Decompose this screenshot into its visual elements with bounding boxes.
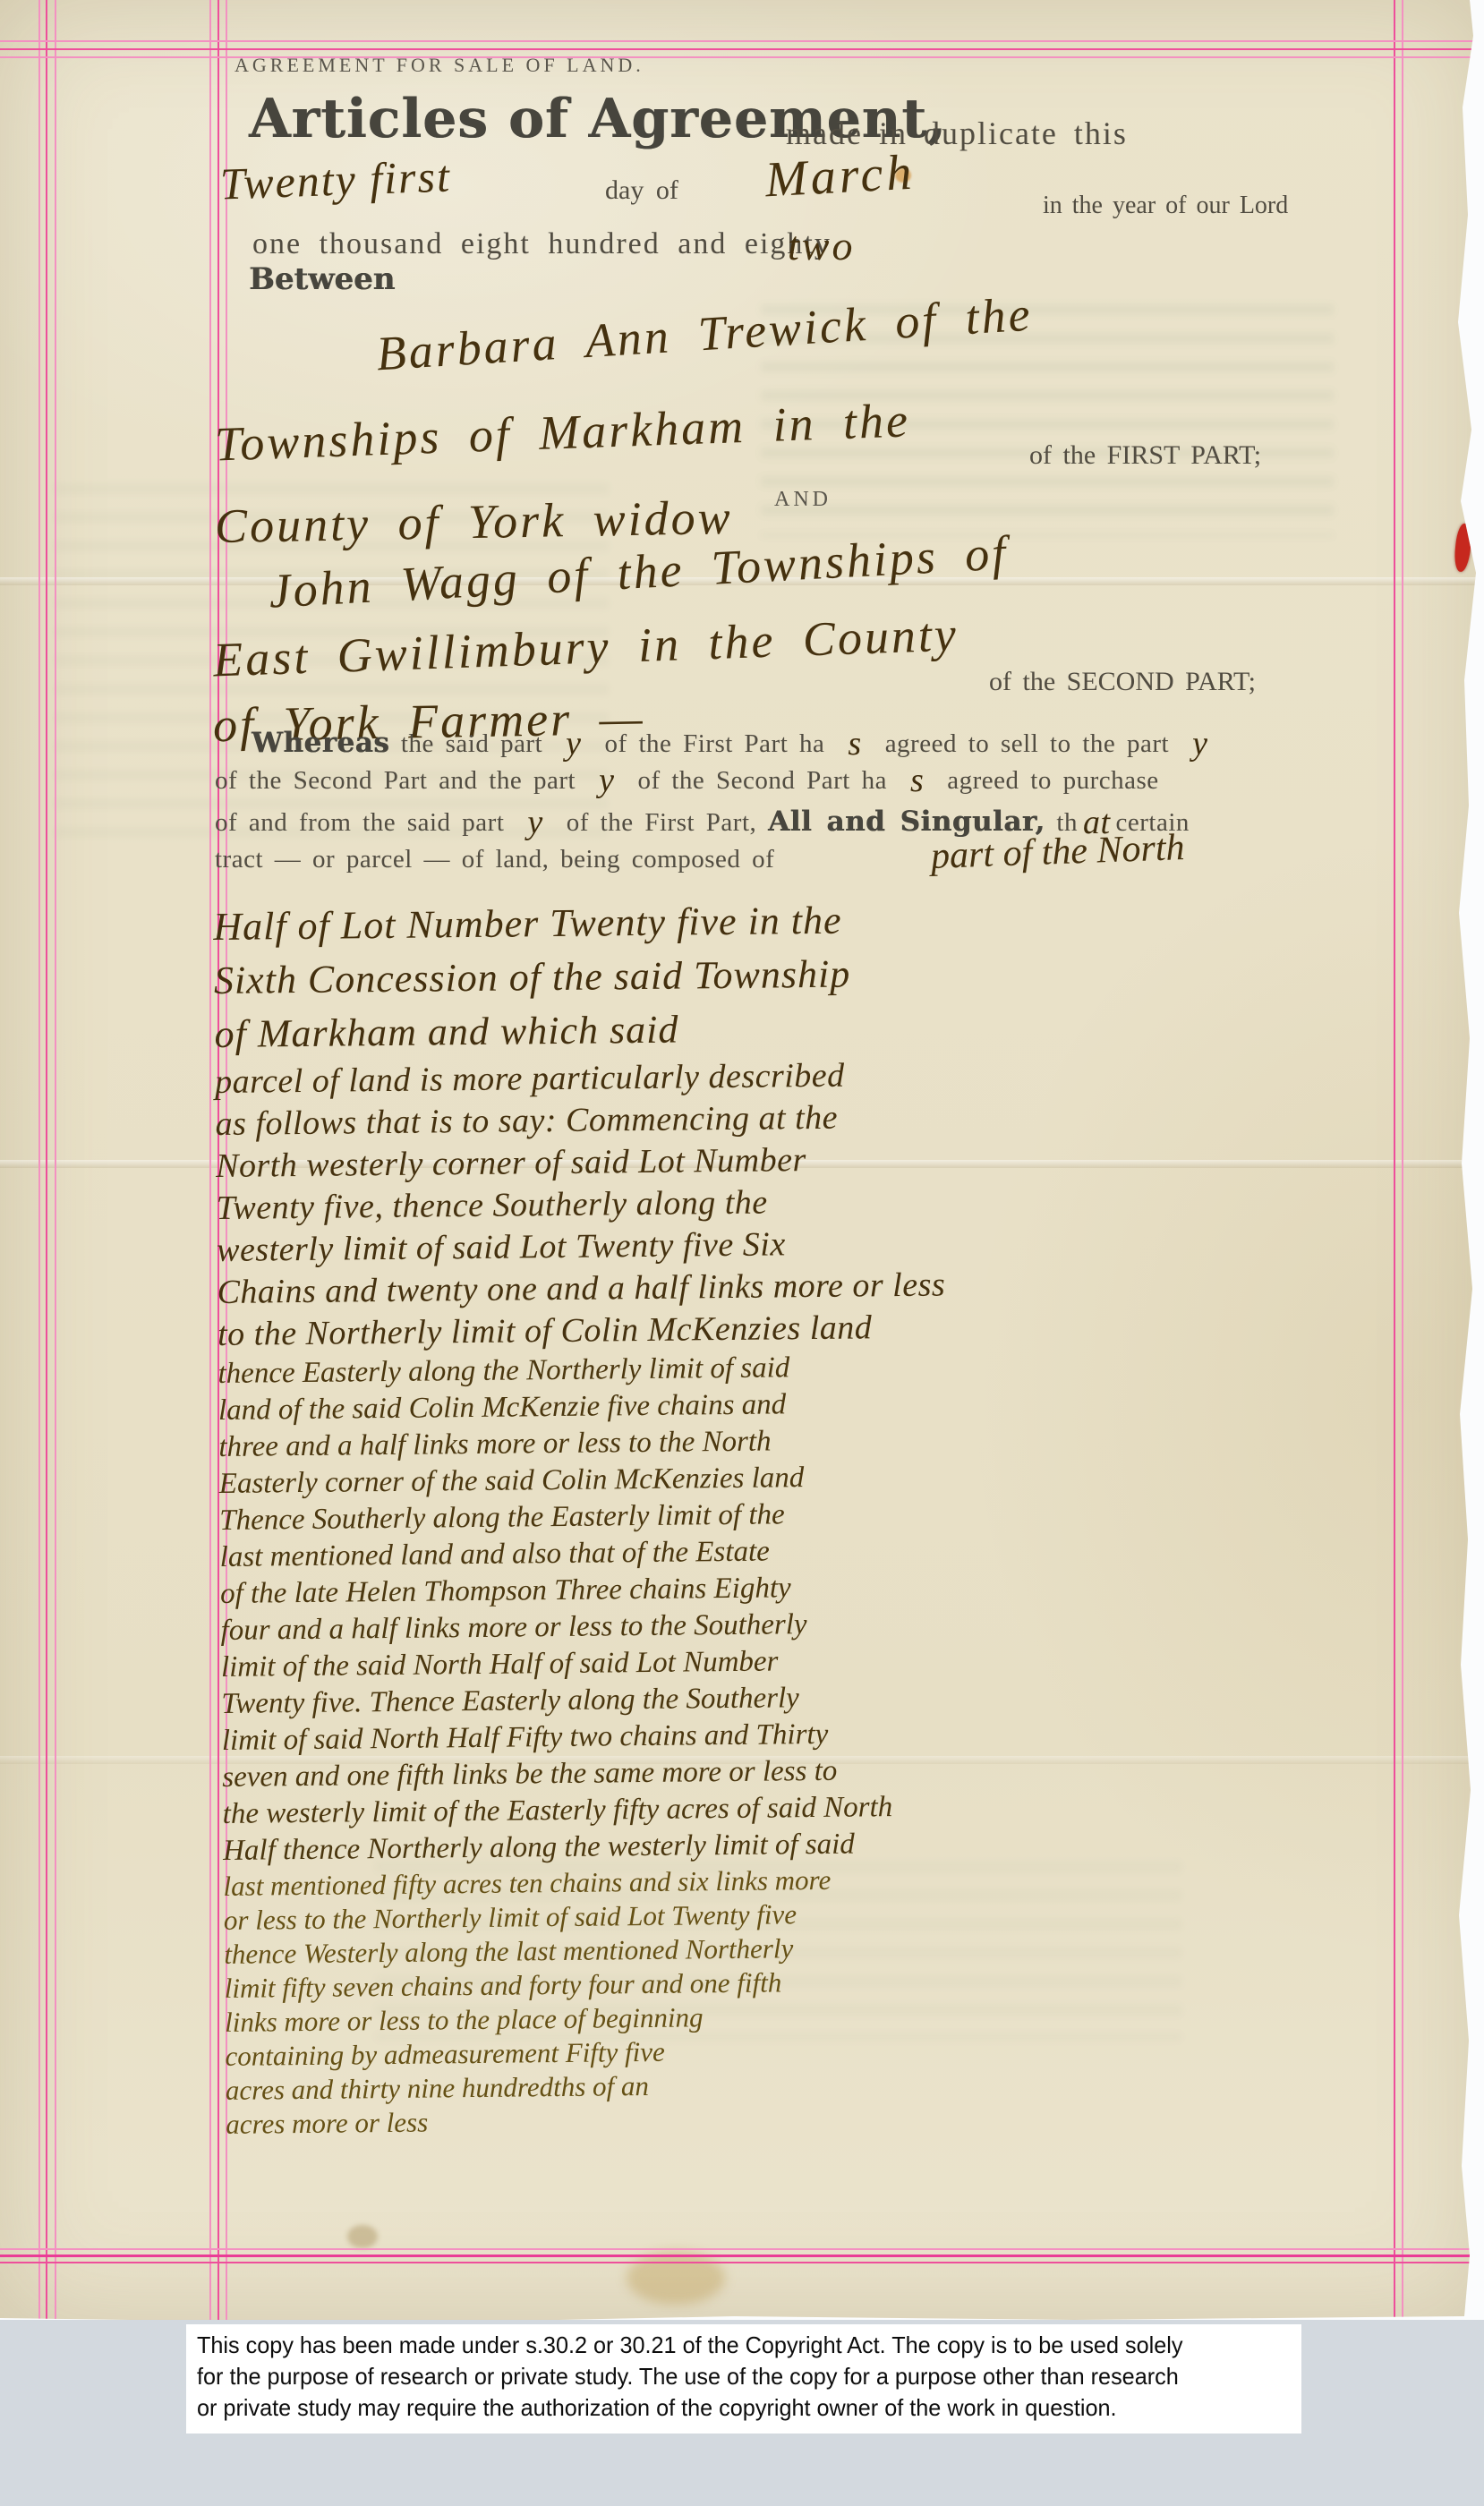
copyright-notice: This copy has been made under s.30.2 or … (186, 2324, 1301, 2434)
foot-rule-horizontal (0, 2262, 1473, 2263)
whereas-printed: of the Second Part ha (637, 766, 887, 795)
copyright-line-3: or private study may require the authori… (197, 2394, 1117, 2422)
whereas-printed: of the First Part ha (605, 729, 825, 758)
margin-rule-vertical (55, 0, 56, 2320)
stain (627, 2251, 725, 2305)
whereas-printed: the said part (401, 729, 542, 758)
whereas-keyword: Whereas (252, 727, 389, 759)
margin-rule-vertical (209, 0, 211, 2320)
year-lord-label: in the year of our Lord (1043, 192, 1288, 220)
between-label: Between (249, 261, 395, 297)
copyright-line-1: This copy has been made under s.30.2 or … (197, 2331, 1182, 2359)
land-description-block: Half of Lot Number Twenty five in the Si… (213, 887, 1479, 2142)
foot-rule-horizontal (0, 2255, 1473, 2257)
land-description-opening: part of the North (930, 826, 1185, 878)
foot-rule-horizontal (0, 2248, 1473, 2250)
whereas-printed: of and from the said part (215, 808, 504, 837)
title-suffix: made in duplicate this (786, 115, 1128, 152)
second-part-designation: of the SECOND PART; (989, 667, 1256, 697)
head-rule-horizontal (0, 48, 1473, 50)
scanned-document-page: AGREEMENT FOR SALE OF LAND. Articles of … (0, 0, 1484, 2506)
margin-rule-vertical (38, 0, 40, 2320)
first-part-designation: of the FIRST PART; (1029, 440, 1261, 471)
form-header-label: AGREEMENT FOR SALE OF LAND. (235, 54, 644, 77)
whereas-printed: agreed to sell to the part (885, 729, 1169, 758)
whereas-printed: of the Second Part and the part (215, 766, 576, 795)
head-rule-horizontal (0, 56, 1473, 58)
month-written: March (763, 144, 916, 209)
head-rule-horizontal (0, 40, 1473, 42)
margin-rule-vertical (46, 0, 47, 2320)
whereas-line-2: of the Second Part and the partyof the S… (215, 766, 1159, 796)
whereas-printed: of the First Part, (567, 808, 757, 837)
year-written: two (788, 222, 855, 269)
and-label: AND (774, 488, 832, 512)
paper-sheet: AGREEMENT FOR SALE OF LAND. Articles of … (0, 0, 1484, 2320)
whereas-line-1: Whereas the said partyof the First Part … (252, 727, 1232, 759)
day-written: Twenty first (219, 150, 452, 210)
copyright-line-2: for the purpose of research or private s… (197, 2363, 1179, 2391)
whereas-line-4: tract — or parcel — of land, being compo… (215, 845, 774, 874)
year-printed: one thousand eight hundred and eighty (252, 227, 832, 261)
red-wax-mark (1453, 523, 1473, 572)
day-of-label: day of (605, 175, 678, 206)
whereas-printed: agreed to purchase (947, 766, 1158, 795)
stain (347, 2225, 378, 2248)
